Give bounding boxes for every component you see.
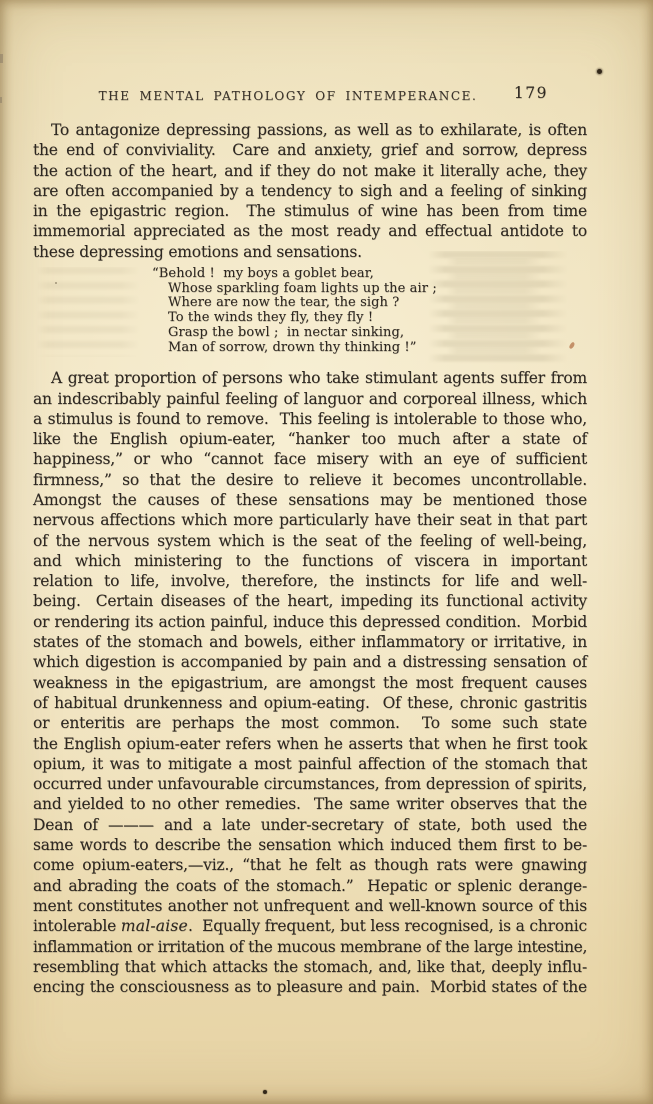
book-page: THE MENTAL PATHOLOGY OF INTEMPERANCE. 17…: [0, 0, 653, 1104]
text-line: To antagonize depressing passions, as we…: [33, 120, 587, 140]
text-line: like the English opium-eater, “hanker to…: [33, 429, 587, 449]
text-line: relation to life, involve, therefore, th…: [33, 571, 587, 591]
text-line: Dean of ——— and a late under-secretary o…: [33, 815, 587, 835]
text-line: firmness,” so that the desire to relieve…: [33, 470, 587, 490]
text-line: occurred under unfavourable circumstance…: [33, 774, 587, 794]
text-line: an indescribably painful feeling of lang…: [33, 389, 587, 409]
paragraph: A great proportion of persons who take s…: [33, 368, 587, 997]
text-line: and yielded to no other remedies. The sa…: [33, 794, 587, 814]
text-line: opium, it was to mitigate a most painful…: [33, 754, 587, 774]
text-line: are often accompanied by a tendency to s…: [33, 181, 587, 201]
text-line: the end of conviviality. Care and anxiet…: [33, 140, 587, 160]
text-line: intolerable mal-aise. Equally frequent, …: [33, 916, 587, 936]
text-line: “Behold ! my boys a goblet bear,: [152, 267, 587, 282]
text-line: or enteritis are perhaps the most common…: [33, 713, 587, 733]
text-line: the English opium-eater refers when he a…: [33, 734, 587, 754]
text-line: immemorial appreciated as the most ready…: [33, 221, 587, 241]
text-line: Man of sorrow, drown thy thinking !”: [168, 341, 587, 356]
text-line: encing the consciousness as to pleasure …: [33, 977, 587, 997]
text-line: a stimulus is found to remove. This feel…: [33, 409, 587, 429]
text-line: the action of the heart, and if they do …: [33, 161, 587, 181]
text-line: Amongst the causes of these sensations m…: [33, 490, 587, 510]
text-line: nervous affections which more particular…: [33, 510, 587, 530]
text-line: these depressing emotions and sensations…: [33, 242, 587, 262]
page-edge-mark: [0, 54, 3, 63]
text-line: resembling that which attacks the stomac…: [33, 957, 587, 977]
text-line: or rendering its action painful, induce …: [33, 612, 587, 632]
paragraph: To antagonize depressing passions, as we…: [33, 120, 587, 262]
text-line: which digestion is accompanied by pain a…: [33, 652, 587, 672]
text-line: being. Certain diseases of the heart, im…: [33, 591, 587, 611]
text-line: weakness in the epigastrium, are amongst…: [33, 673, 587, 693]
text-line: of the nervous system which is the seat …: [33, 531, 587, 551]
text-line: states of the stomach and bowels, either…: [33, 632, 587, 652]
text-line: To the winds they fly, they fly !: [168, 311, 587, 326]
text-line: of habitual drunkenness and opium-eating…: [33, 693, 587, 713]
running-title: THE MENTAL PATHOLOGY OF INTEMPERANCE.: [99, 89, 478, 103]
page-number: 179: [514, 84, 548, 102]
text-line: and abrading the coats of the stomach.” …: [33, 876, 587, 896]
text-line: and which ministering to the functions o…: [33, 551, 587, 571]
page-body-text: To antagonize depressing passions, as we…: [33, 120, 587, 997]
text-line: Where are now the tear, the sigh ?: [168, 296, 587, 311]
text-line: happiness,” or who “cannot face misery w…: [33, 449, 587, 469]
text-line: Grasp the bowl ; in nectar sinking,: [168, 326, 587, 341]
verse-quote: “Behold ! my boys a goblet bear,Whose sp…: [152, 267, 587, 355]
ink-speck: [597, 69, 602, 74]
page-header: THE MENTAL PATHOLOGY OF INTEMPERANCE. 17…: [33, 87, 587, 107]
text-line: inflammation or irritation of the mucous…: [33, 937, 587, 957]
text-line: come opium-eaters,—viz., “that he felt a…: [33, 855, 587, 875]
text-line: Whose sparkling foam lights up the air ;: [168, 282, 587, 297]
text-line: same words to describe the sensation whi…: [33, 835, 587, 855]
text-line: ment constitutes another not unfrequent …: [33, 896, 587, 916]
ink-speck: [55, 282, 57, 284]
ink-speck: [263, 1090, 267, 1094]
text-line: A great proportion of persons who take s…: [33, 368, 587, 388]
page-edge-mark: [0, 97, 2, 103]
text-line: in the epigastric region. The stimulus o…: [33, 201, 587, 221]
